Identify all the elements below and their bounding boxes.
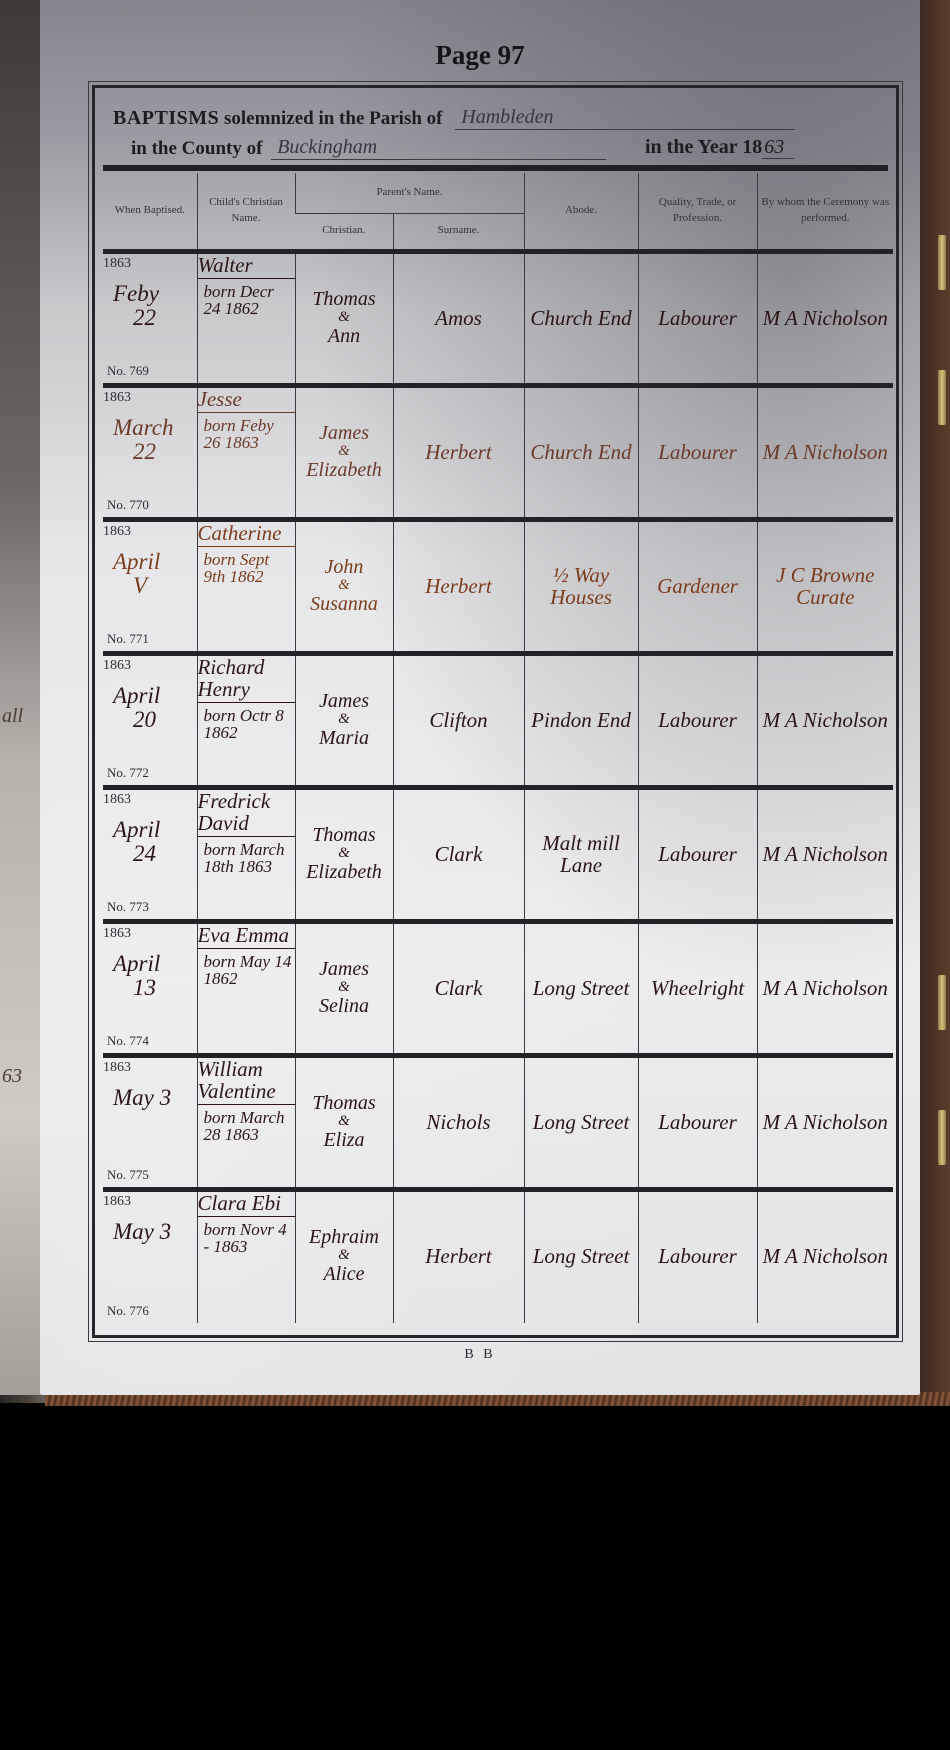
cell-quality: Labourer	[638, 1189, 757, 1323]
col-parents-surname: Surname.	[393, 213, 524, 251]
cell-child-name: William Valentine born March 28 1863	[197, 1055, 295, 1189]
col-when-baptised: When Baptised.	[103, 173, 197, 251]
mother-name: Selina	[319, 996, 369, 1017]
brass-hinge	[938, 1110, 946, 1165]
cell-quality: Gardener	[638, 519, 757, 653]
entry-number: No. 773	[107, 899, 149, 915]
cell-abode: Malt mill Lane	[524, 787, 638, 921]
father-name: Ephraim	[309, 1227, 379, 1248]
mother-name: Elizabeth	[306, 862, 382, 883]
entry-number: No. 775	[107, 1167, 149, 1183]
cell-officiant: M A Nicholson	[757, 1189, 893, 1323]
entry-year: 1863	[103, 390, 131, 405]
abode: Pindon End	[525, 656, 638, 785]
abode: Long Street	[525, 1192, 638, 1321]
cell-child-name: Catherine born Sept 9th 1862	[197, 519, 295, 653]
col-parents-name: Parent's Name.	[295, 173, 524, 213]
heading-year: in the Year 1863	[645, 136, 794, 159]
entry-year: 1863	[103, 792, 131, 807]
signature-mark: B B	[40, 1347, 920, 1363]
child-birth-date: born Feby 26 1863	[198, 417, 295, 453]
baptism-register: BAPTISMS solemnized in the Parish of Ham…	[92, 85, 899, 1338]
cell-officiant: J C Browne Curate	[757, 519, 893, 653]
quality-trade: Wheelright	[639, 924, 757, 1053]
surname: Clark	[394, 924, 524, 1053]
table-row: 1863 April 20 No. 772 Richard Henry born…	[103, 653, 893, 787]
quality-trade: Labourer	[639, 1058, 757, 1187]
surname: Clark	[394, 790, 524, 919]
heading-county-label: in the County of	[131, 138, 262, 159]
brass-hinge	[938, 235, 946, 290]
entry-number: No. 771	[107, 631, 149, 647]
entry-year: 1863	[103, 524, 131, 539]
child-name: Fredrick David	[198, 790, 295, 837]
officiant: J C Browne Curate	[758, 522, 894, 651]
ampersand: &	[338, 1114, 350, 1130]
entry-year: 1863	[103, 926, 131, 941]
mother-name: Alice	[323, 1264, 364, 1285]
cell-when-baptised: 1863 March 22 No. 770	[103, 385, 197, 519]
cell-parents-christian: Thomas & Elizabeth	[295, 787, 393, 921]
cell-when-baptised: 1863 May 3 No. 775	[103, 1055, 197, 1189]
parents-christian-names: John & Susanna	[296, 522, 393, 651]
father-name: Thomas	[312, 1093, 375, 1114]
cell-quality: Labourer	[638, 385, 757, 519]
child-birth-date: born May 14 1862	[198, 953, 295, 989]
abode: Long Street	[525, 924, 638, 1053]
cell-child-name: Jesse born Feby 26 1863	[197, 385, 295, 519]
abode: Long Street	[525, 1058, 638, 1187]
child-birth-date: born Decr 24 1862	[198, 283, 295, 319]
cell-child-name: Fredrick David born March 18th 1863	[197, 787, 295, 921]
cell-child-name: Richard Henry born Octr 8 1862	[197, 653, 295, 787]
baptism-month: April	[103, 818, 197, 842]
cell-parents-christian: James & Selina	[295, 921, 393, 1055]
officiant: M A Nicholson	[758, 254, 894, 383]
father-name: James	[319, 423, 369, 444]
officiant: M A Nicholson	[758, 1192, 894, 1321]
child-name: Richard Henry	[198, 656, 295, 703]
baptism-month: May 3	[103, 1086, 197, 1110]
entry-number: No. 774	[107, 1033, 149, 1049]
cell-when-baptised: 1863 May 3 No. 776	[103, 1189, 197, 1323]
table-row: 1863 April V No. 771 Catherine born Sept…	[103, 519, 893, 653]
cell-surname: Amos	[393, 251, 524, 385]
cell-parents-christian: James & Maria	[295, 653, 393, 787]
facing-page-fragment: 63	[2, 1065, 22, 1088]
cell-abode: Church End	[524, 251, 638, 385]
child-name: Jesse	[198, 388, 295, 413]
cell-surname: Herbert	[393, 1189, 524, 1323]
cell-when-baptised: 1863 April 20 No. 772	[103, 653, 197, 787]
officiant: M A Nicholson	[758, 1058, 894, 1187]
ampersand: &	[338, 1248, 350, 1264]
entry-year: 1863	[103, 1194, 131, 1209]
officiant: M A Nicholson	[758, 388, 894, 517]
facing-page-edge: all 63	[0, 0, 40, 1395]
father-name: James	[319, 691, 369, 712]
baptism-day: 24	[103, 842, 197, 866]
quality-trade: Gardener	[639, 522, 757, 651]
baptism-day: 20	[103, 708, 197, 732]
parents-christian-names: James & Elizabeth	[296, 388, 393, 517]
entry-number: No. 770	[107, 497, 149, 513]
baptism-month: May 3	[103, 1220, 197, 1244]
register-heading: BAPTISMS solemnized in the Parish of Ham…	[113, 98, 886, 168]
heading-baptisms: BAPTISMS	[113, 107, 219, 129]
surname: Herbert	[394, 388, 524, 517]
cell-parents-christian: Ephraim & Alice	[295, 1189, 393, 1323]
baptism-month: April	[103, 550, 197, 574]
column-header-row: When Baptised. Child's Christian Name. P…	[103, 173, 893, 213]
ampersand: &	[338, 980, 350, 996]
cell-surname: Clifton	[393, 653, 524, 787]
cell-when-baptised: 1863 April 13 No. 774	[103, 921, 197, 1055]
table-row: 1863 Feby 22 No. 769 Walter born Decr 24…	[103, 251, 893, 385]
quality-trade: Labourer	[639, 388, 757, 517]
abode: ½ Way Houses	[525, 522, 638, 651]
quality-trade: Labourer	[639, 1192, 757, 1321]
cell-when-baptised: 1863 Feby 22 No. 769	[103, 251, 197, 385]
brass-hinge	[938, 370, 946, 425]
baptism-month: April	[103, 952, 197, 976]
cell-child-name: Eva Emma born May 14 1862	[197, 921, 295, 1055]
surname: Amos	[394, 254, 524, 383]
register-page: Page 97 BAPTISMS solemnized in the Paris…	[40, 0, 920, 1395]
brass-hinge	[938, 975, 946, 1030]
cell-surname: Clark	[393, 921, 524, 1055]
officiant: M A Nicholson	[758, 656, 894, 785]
surname: Herbert	[394, 1192, 524, 1321]
cell-officiant: M A Nicholson	[757, 921, 893, 1055]
cell-parents-christian: Thomas & Ann	[295, 251, 393, 385]
baptism-month: March	[103, 416, 197, 440]
page-title: Page 97	[40, 40, 920, 71]
abode: Malt mill Lane	[525, 790, 638, 919]
mother-name: Maria	[319, 728, 369, 749]
cell-when-baptised: 1863 April 24 No. 773	[103, 787, 197, 921]
ampersand: &	[338, 578, 350, 594]
surname: Nichols	[394, 1058, 524, 1187]
mother-name: Elizabeth	[306, 460, 382, 481]
table-row: 1863 April 24 No. 773 Fredrick David bor…	[103, 787, 893, 921]
officiant: M A Nicholson	[758, 790, 894, 919]
child-name: Clara Ebi	[198, 1192, 295, 1217]
quality-trade: Labourer	[639, 790, 757, 919]
cell-child-name: Walter born Decr 24 1862	[197, 251, 295, 385]
baptism-day: 22	[103, 440, 197, 464]
parish-name: Hambleden	[455, 106, 795, 130]
parents-christian-names: James & Maria	[296, 656, 393, 785]
child-birth-date: born March 28 1863	[198, 1109, 295, 1145]
heading-county-line: in the County of Buckingham	[131, 136, 606, 160]
cell-surname: Herbert	[393, 519, 524, 653]
mother-name: Ann	[328, 326, 360, 347]
entry-number: No. 776	[107, 1303, 149, 1319]
cell-officiant: M A Nicholson	[757, 251, 893, 385]
father-name: John	[325, 557, 364, 578]
child-birth-date: born Sept 9th 1862	[198, 551, 295, 587]
county-name: Buckingham	[271, 136, 606, 160]
baptism-day: V	[103, 574, 197, 598]
entries-body: 1863 Feby 22 No. 769 Walter born Decr 24…	[103, 251, 893, 1323]
cell-abode: Pindon End	[524, 653, 638, 787]
cell-surname: Herbert	[393, 385, 524, 519]
col-officiant: By whom the Ceremony was performed.	[757, 173, 893, 251]
cell-quality: Labourer	[638, 787, 757, 921]
cell-quality: Labourer	[638, 653, 757, 787]
quality-trade: Labourer	[639, 254, 757, 383]
col-parents-christian: Christian.	[295, 213, 393, 251]
entry-year: 1863	[103, 1060, 131, 1075]
entry-number: No. 772	[107, 765, 149, 781]
officiant: M A Nicholson	[758, 924, 894, 1053]
child-name: William Valentine	[198, 1058, 295, 1105]
cell-abode: ½ Way Houses	[524, 519, 638, 653]
ampersand: &	[338, 444, 350, 460]
baptism-month: April	[103, 684, 197, 708]
baptism-month: Feby	[103, 282, 197, 306]
parents-christian-names: Thomas & Ann	[296, 254, 393, 383]
cell-officiant: M A Nicholson	[757, 653, 893, 787]
cell-surname: Nichols	[393, 1055, 524, 1189]
child-name: Walter	[198, 254, 295, 279]
parents-christian-names: Thomas & Elizabeth	[296, 790, 393, 919]
child-name: Catherine	[198, 522, 295, 547]
cell-officiant: M A Nicholson	[757, 787, 893, 921]
table-row: 1863 April 13 No. 774 Eva Emma born May …	[103, 921, 893, 1055]
father-name: James	[319, 959, 369, 980]
surname: Clifton	[394, 656, 524, 785]
entry-year: 1863	[103, 658, 131, 673]
parents-christian-names: James & Selina	[296, 924, 393, 1053]
cell-parents-christian: James & Elizabeth	[295, 385, 393, 519]
abode: Church End	[525, 388, 638, 517]
cell-abode: Long Street	[524, 921, 638, 1055]
cell-officiant: M A Nicholson	[757, 385, 893, 519]
cell-parents-christian: Thomas & Eliza	[295, 1055, 393, 1189]
table-row: 1863 May 3 No. 775 William Valentine bor…	[103, 1055, 893, 1189]
cell-abode: Long Street	[524, 1055, 638, 1189]
table-row: 1863 May 3 No. 776 Clara Ebi born Novr 4…	[103, 1189, 893, 1323]
mother-name: Eliza	[323, 1130, 364, 1151]
father-name: Thomas	[312, 289, 375, 310]
table-row: 1863 March 22 No. 770 Jesse born Feby 26…	[103, 385, 893, 519]
mother-name: Susanna	[310, 594, 378, 615]
facing-page-fragment: all	[2, 705, 23, 728]
header-rule	[103, 165, 888, 171]
child-birth-date: born Novr 4 - 1863	[198, 1221, 295, 1257]
ampersand: &	[338, 846, 350, 862]
abode: Church End	[525, 254, 638, 383]
col-child-name: Child's Christian Name.	[197, 173, 295, 251]
cell-quality: Labourer	[638, 1055, 757, 1189]
quality-trade: Labourer	[639, 656, 757, 785]
child-name: Eva Emma	[198, 924, 295, 949]
baptism-day: 22	[103, 306, 197, 330]
cell-quality: Labourer	[638, 251, 757, 385]
entry-number: No. 769	[107, 363, 149, 379]
cell-surname: Clark	[393, 787, 524, 921]
cell-officiant: M A Nicholson	[757, 1055, 893, 1189]
cell-abode: Long Street	[524, 1189, 638, 1323]
parents-christian-names: Ephraim & Alice	[296, 1192, 393, 1321]
baptism-table: When Baptised. Child's Christian Name. P…	[103, 173, 893, 1323]
baptism-day: 13	[103, 976, 197, 1000]
heading-solemnized: solemnized in the Parish of	[224, 108, 443, 129]
surname: Herbert	[394, 522, 524, 651]
cell-parents-christian: John & Susanna	[295, 519, 393, 653]
col-quality-trade: Quality, Trade, or Profession.	[638, 173, 757, 251]
parents-christian-names: Thomas & Eliza	[296, 1058, 393, 1187]
child-birth-date: born Octr 8 1862	[198, 707, 295, 743]
child-birth-date: born March 18th 1863	[198, 841, 295, 877]
ampersand: &	[338, 310, 350, 326]
cell-quality: Wheelright	[638, 921, 757, 1055]
cell-child-name: Clara Ebi born Novr 4 - 1863	[197, 1189, 295, 1323]
cell-abode: Church End	[524, 385, 638, 519]
year-suffix: 63	[762, 136, 794, 159]
entry-year: 1863	[103, 256, 131, 271]
heading-parish-line: BAPTISMS solemnized in the Parish of Ham…	[113, 106, 795, 130]
col-abode: Abode.	[524, 173, 638, 251]
father-name: Thomas	[312, 825, 375, 846]
ampersand: &	[338, 712, 350, 728]
year-label: in the Year 18	[645, 136, 762, 158]
cell-when-baptised: 1863 April V No. 771	[103, 519, 197, 653]
